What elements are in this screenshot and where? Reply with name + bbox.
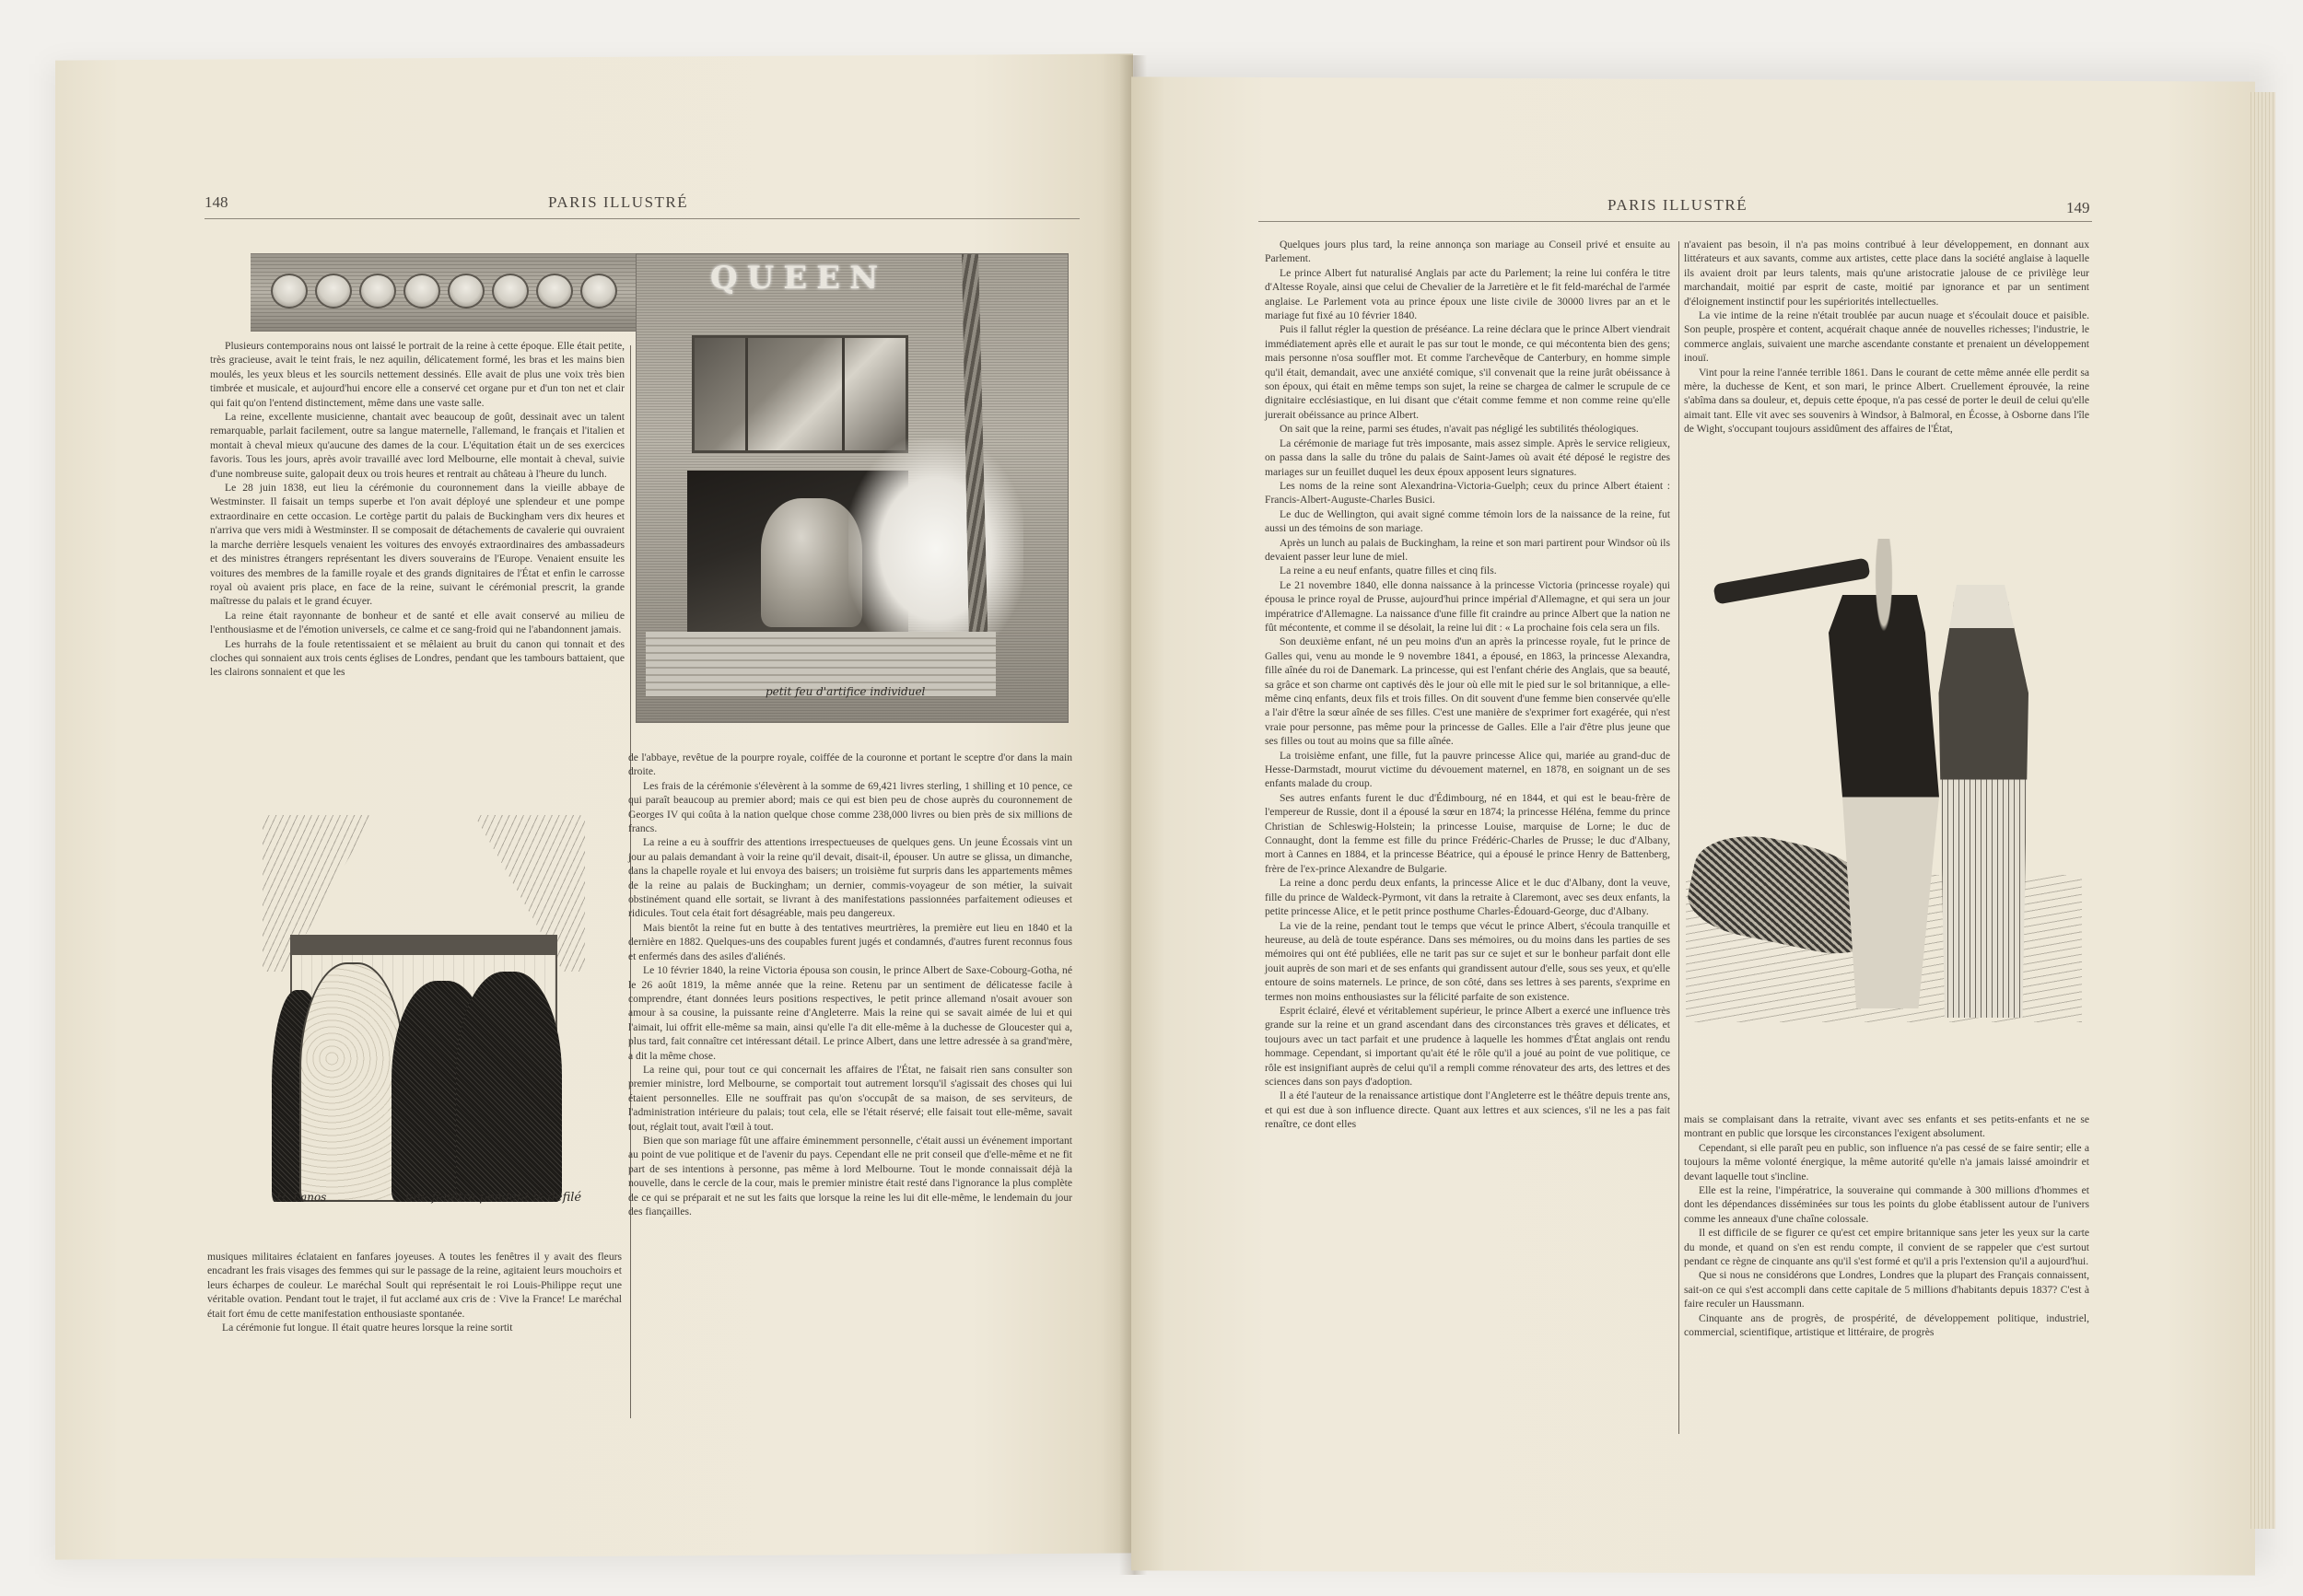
paragraph: Mais bientôt la reine fut en butte à des… <box>628 921 1072 963</box>
paragraph: Cependant, si elle paraît peu en public,… <box>1684 1141 2089 1183</box>
paragraph: La reine a donc perdu deux enfants, la p… <box>1265 876 1670 918</box>
man-figure <box>761 498 862 627</box>
paragraph: Vint pour la reine l'année terrible 1861… <box>1684 366 2089 437</box>
paragraph: Après un lunch au palais de Buckingham, … <box>1265 536 1670 565</box>
firework-smoke <box>848 438 1023 659</box>
right-column-2-bottom: mais se complaisant dans la retraite, vi… <box>1684 1113 2089 1340</box>
paragraph: La reine qui, pour tout ce qui concernai… <box>628 1063 1072 1134</box>
paragraph: Il a été l'auteur de la renaissance arti… <box>1265 1089 1670 1131</box>
paragraph: Esprit éclairé, élevé et véritablement s… <box>1265 1004 1670 1089</box>
running-head-right: PARIS ILLUSTRÉ <box>1607 196 1748 215</box>
jubilee-cartoon-illustration: le plus clair résultat du Jubilé ... Lon… <box>1686 520 2091 1059</box>
paragraph: n'avaient pas besoin, il n'a pas moins c… <box>1684 238 2089 309</box>
paragraph: Quelques jours plus tard, la reine annon… <box>1265 238 1670 266</box>
paragraph: Cinquante ans de progrès, de prospérité,… <box>1684 1311 2089 1340</box>
paragraph: Le 10 février 1840, la reine Victoria ép… <box>628 963 1072 1063</box>
running-head-left: PARIS ILLUSTRÉ <box>548 193 688 212</box>
page-number-left: 148 <box>205 193 228 212</box>
paragraph: La reine a eu à souffrir des attentions … <box>628 835 1072 920</box>
paragraph: Les hurrahs de la foule retentissaient e… <box>210 637 625 680</box>
paragraph: mais se complaisant dans la retraite, vi… <box>1684 1113 2089 1141</box>
header-rule-left <box>205 218 1080 219</box>
paragraph: Elle est la reine, l'impératrice, la sou… <box>1684 1183 2089 1226</box>
paragraph: Le 21 novembre 1840, elle donna naissanc… <box>1265 578 1670 635</box>
page-number-right: 149 <box>2066 199 2090 217</box>
paragraph: Le duc de Wellington, qui avait signé co… <box>1265 507 1670 536</box>
fireworks-window-illustration: QUEEN petit feu d'artifice individuel <box>636 253 1069 723</box>
crowd-window-illustration: une fenêtre pendant le défilé H. Lanos <box>263 815 603 1220</box>
paragraph: Les noms de la reine sont Alexandrina-Vi… <box>1265 479 1670 507</box>
paragraph: Le 28 juin 1838, eut lieu la cérémonie d… <box>210 481 625 609</box>
paragraph: Que si nous ne considérons que Londres, … <box>1684 1268 2089 1311</box>
paragraph: La reine, excellente musicienne, chantai… <box>210 410 625 481</box>
paragraph: Son deuxième enfant, né un peu moins d'u… <box>1265 635 1670 748</box>
upper-window <box>692 335 908 453</box>
paragraph: La vie intime de la reine n'était troubl… <box>1684 309 2089 366</box>
paragraph: Bien que son mariage fût une affaire émi… <box>628 1134 1072 1218</box>
paragraph: Les frais de la cérémonie s'élevèrent à … <box>628 779 1072 836</box>
illustration-caption: une fenêtre pendant le défilé <box>405 1191 581 1205</box>
paragraph: Ses autres enfants furent le duc d'Édimb… <box>1265 791 1670 876</box>
paragraph: Il est difficile de se figurer ce qu'est… <box>1684 1226 2089 1268</box>
paragraph: de l'abbaye, revêtue de la pourpre royal… <box>628 751 1072 779</box>
right-column-2-top: n'avaient pas besoin, il n'a pas moins c… <box>1684 238 2089 437</box>
illustration-caption: petit feu d'artifice individuel <box>766 685 925 698</box>
paragraph: Plusieurs contemporains nous ont laissé … <box>210 339 625 410</box>
paragraph: La cérémonie fut longue. Il était quatre… <box>207 1321 622 1334</box>
paragraph: La vie de la reine, pendant tout le temp… <box>1265 919 1670 1004</box>
figure-woman <box>299 962 405 1202</box>
paragraph: Puis il fallut régler la question de pré… <box>1265 322 1670 422</box>
paragraph: La reine a eu neuf enfants, quatre fille… <box>1265 564 1670 577</box>
paragraph: La reine était rayonnante de bonheur et … <box>210 609 625 637</box>
queen-sign: QUEEN <box>710 260 887 297</box>
artist-signature: H. Lanos <box>276 1191 326 1204</box>
figure-man <box>456 972 562 1202</box>
lanterns-illustration <box>251 253 636 332</box>
paragraph: La cérémonie de mariage fut très imposan… <box>1265 437 1670 479</box>
right-column-1: Quelques jours plus tard, la reine annon… <box>1265 238 1670 1132</box>
left-column-1-top: Plusieurs contemporains nous ont laissé … <box>210 339 625 680</box>
paragraph: Le prince Albert fut naturalisé Anglais … <box>1265 266 1670 323</box>
paragraph: On sait que la reine, parmi ses études, … <box>1265 422 1670 436</box>
header-rule-right <box>1258 221 2092 222</box>
left-column-2: de l'abbaye, revêtue de la pourpre royal… <box>628 751 1072 1218</box>
paragraph: musiques militaires éclataient en fanfar… <box>207 1250 622 1321</box>
left-column-1-bottom: musiques militaires éclataient en fanfar… <box>207 1250 622 1334</box>
column-separator <box>1678 241 1679 1434</box>
page-edges <box>2248 92 2275 1529</box>
paragraph: La troisième enfant, une fille, fut la p… <box>1265 749 1670 791</box>
